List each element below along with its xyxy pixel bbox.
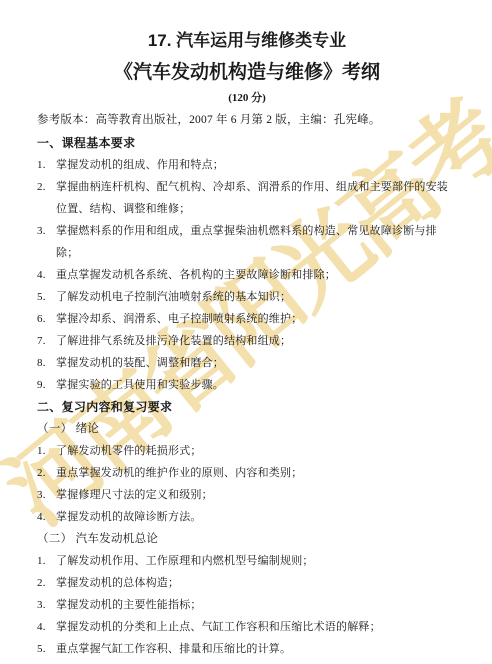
item-text: 掌握发动机的分类和上止点、气缸工作容积和压缩比术语的解释； [56,616,457,638]
doc-subtitle: 《汽车发动机构造与维修》考纲 [37,61,457,85]
item-text: 掌握燃料系的作用和组成，重点掌握柴油机燃料系的构造、常见故障诊断与排除； [56,220,457,264]
list-item: 4. 掌握发动机的分类和上止点、气缸工作容积和压缩比术语的解释； [37,616,457,638]
reference-note: 参考版本：高等教育出版社，2007 年 6 月第 2 版，主编：孔宪峰。 [37,112,457,128]
doc-title: 17. 汽车运用与维修类专业 [37,31,457,51]
list-item: 3. 掌握发动机的主要性能指标； [37,594,457,616]
item-text: 掌握修理尺寸法的定义和级别； [56,484,457,506]
item-text: 掌握发动机的主要性能指标； [56,594,457,616]
list-item: 8. 掌握发动机的装配、调整和磨合； [37,352,457,374]
item-number: 3. [37,484,56,506]
list-item: 3. 掌握修理尺寸法的定义和级别； [37,484,457,506]
list-item: 1. 掌握发动机的组成、作用和特点； [37,154,457,176]
item-text: 了解进排气系统及排污净化装置的结构和组成； [56,330,457,352]
item-number: 7. [37,330,56,352]
item-text: 了解发动机零件的耗损形式； [56,440,457,462]
list-item: 5. 了解发动机电子控制汽油喷射系统的基本知识； [37,286,457,308]
item-text: 了解发动机电子控制汽油喷射系统的基本知识； [56,286,457,308]
item-text: 掌握发动机的装配、调整和磨合； [56,352,457,374]
list-item: 4. 重点掌握发动机各系统、各机构的主要故障诊断和排除； [37,264,457,286]
list-item: 4. 掌握发动机的故障诊断方法。 [37,506,457,528]
item-number: 1. [37,550,56,572]
list-item: 2. 掌握发动机的总体构造； [37,572,457,594]
item-number: 5. [37,638,56,660]
item-number: 8. [37,352,56,374]
item-number: 3. [37,220,56,264]
item-number: 5. [37,286,56,308]
list-item: 7. 了解进排气系统及排污净化装置的结构和组成； [37,330,457,352]
list-item: 9. 掌握实验的工具使用和实验步骤。 [37,374,457,396]
list-item: 2. 掌握曲柄连杆机构、配气机构、冷却系、润滑系的作用、组成和主要部件的安装位置… [37,176,457,220]
item-number: 2. [37,572,56,594]
item-text: 掌握实验的工具使用和实验步骤。 [56,374,457,396]
item-text: 掌握发动机的故障诊断方法。 [56,506,457,528]
list-item: 2. 重点掌握发动机的维护作业的原则、内容和类别； [37,462,457,484]
score-note: (120 分) [37,91,457,106]
item-number: 1. [37,154,56,176]
subsection-heading-1: （一） 绪论 [37,418,457,440]
item-number: 9. [37,374,56,396]
item-text: 掌握冷却系、润滑系、电子控制喷射系统的维护； [56,308,457,330]
item-number: 1. [37,440,56,462]
item-text: 掌握发动机的组成、作用和特点； [56,154,457,176]
subsection-heading-2: （二） 汽车发动机总论 [37,528,457,550]
list-item: 6. 掌握冷却系、润滑系、电子控制喷射系统的维护； [37,308,457,330]
document-body: 一、课程基本要求 1. 掌握发动机的组成、作用和特点； 2. 掌握曲柄连杆机构、… [37,132,457,660]
item-number: 2. [37,462,56,484]
item-text: 了解发动机作用、工作原理和内燃机型号编制规则； [56,550,457,572]
item-number: 3. [37,594,56,616]
list-item: 5. 重点掌握气缸工作容积、排量和压缩比的计算。 [37,638,457,660]
item-number: 4. [37,264,56,286]
item-text: 重点掌握发动机各系统、各机构的主要故障诊断和排除； [56,264,457,286]
item-text: 重点掌握发动机的维护作业的原则、内容和类别； [56,462,457,484]
item-text: 重点掌握气缸工作容积、排量和压缩比的计算。 [56,638,457,660]
section-heading-2: 二、复习内容和复习要求 [37,396,457,418]
document-content: 17. 汽车运用与维修类专业 《汽车发动机构造与维修》考纲 (120 分) 参考… [0,0,492,660]
list-item: 1. 了解发动机作用、工作原理和内燃机型号编制规则； [37,550,457,572]
item-text: 掌握曲柄连杆机构、配气机构、冷却系、润滑系的作用、组成和主要部件的安装位置、结构… [56,176,457,220]
item-number: 6. [37,308,56,330]
list-item: 3. 掌握燃料系的作用和组成，重点掌握柴油机燃料系的构造、常见故障诊断与排除； [37,220,457,264]
item-number: 4. [37,616,56,638]
item-number: 2. [37,176,56,220]
item-text: 掌握发动机的总体构造； [56,572,457,594]
list-item: 1. 了解发动机零件的耗损形式； [37,440,457,462]
section-heading-1: 一、课程基本要求 [37,132,457,154]
document-page: 河南省阳光高考 17. 汽车运用与维修类专业 《汽车发动机构造与维修》考纲 (1… [0,0,492,664]
item-number: 4. [37,506,56,528]
